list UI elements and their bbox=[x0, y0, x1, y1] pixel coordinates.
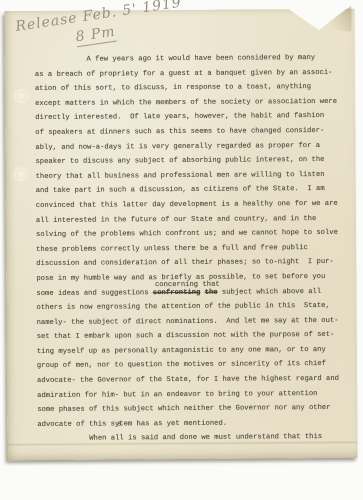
typed-text-segment: all interested in the future of our Stat… bbox=[36, 215, 316, 225]
handwritten-release-note: Release Feb. 5' 1919 8 Pm bbox=[14, 0, 188, 56]
typed-text-segment: others is now engrossing the attention o… bbox=[36, 302, 329, 312]
typed-text-segment: set that I embark upon such a discussion… bbox=[37, 331, 335, 341]
typed-line: some phases of this subject which neithe… bbox=[37, 401, 349, 418]
typed-text-segment: directly interested. Of late years, howe… bbox=[35, 112, 324, 122]
typed-text-body: A few years ago it would have been consi… bbox=[35, 51, 350, 447]
punch-hole-top bbox=[16, 91, 27, 101]
typed-text-segment: discussion and consideration of all thei… bbox=[36, 258, 334, 268]
typed-text-segment: convinced that this latter day developme… bbox=[36, 200, 338, 210]
typed-text-segment: subject which above all bbox=[218, 288, 322, 297]
handwritten-release-time: 8 Pm bbox=[75, 24, 117, 48]
typed-text-segment: speaker to discuss any subject of absorb… bbox=[35, 156, 324, 166]
typed-text-segment: some phases of this subject which neithe… bbox=[37, 404, 330, 414]
typed-text-segment: theory that all business and professiona… bbox=[36, 171, 325, 181]
typed-line: of speakers at dinners such as this seem… bbox=[35, 124, 347, 141]
typed-text-segment: except matters in which the members of t… bbox=[35, 98, 337, 108]
typed-line: When all is said and done we must unders… bbox=[37, 430, 349, 447]
typed-text-segment: these problems correctly unless there be… bbox=[36, 244, 308, 254]
typed-text-segment: some ideas and suggestions bbox=[36, 289, 153, 298]
typed-line: convinced that this latter day developme… bbox=[36, 197, 348, 214]
typed-text-segment: advocate- the Governor of the State, for… bbox=[37, 375, 339, 385]
typed-text-segment: as a breach of propriety for a guest at … bbox=[35, 69, 333, 79]
typed-text-segment: group of men, nor to question the motive… bbox=[37, 360, 326, 370]
typed-text-segment: ably, and now-a-days it is very generall… bbox=[35, 142, 320, 152]
typed-text-segment: advocate of this sy bbox=[37, 420, 119, 429]
typed-text-segment: solving of the problems which confront u… bbox=[36, 229, 338, 239]
typed-text-segment: and take part in such a discussion, as c… bbox=[36, 185, 325, 195]
typed-text-segment: admiration for him- but in an endeavor t… bbox=[37, 390, 317, 400]
correction-text-above: concerning bbox=[155, 278, 198, 293]
typed-text-segment: A few years ago it would have been consi… bbox=[35, 54, 315, 64]
interlinear-correction: concerningconfronting bbox=[153, 285, 201, 300]
correction-text-above: s bbox=[117, 417, 121, 432]
typed-text-segment: ting myself up as personally antagonisti… bbox=[37, 346, 326, 356]
typed-text-segment: namely- the subject of direct nomination… bbox=[37, 317, 339, 327]
typed-text-segment: of speakers at dinners such as this seem… bbox=[35, 127, 324, 137]
typed-text-segment: When all is said and done we must unders… bbox=[37, 433, 322, 443]
interlinear-correction: thatthe bbox=[205, 285, 218, 300]
typed-text-segment: tem has as yet mentioned. bbox=[119, 420, 227, 429]
typed-line: A few years ago it would have been consi… bbox=[35, 51, 347, 68]
scanned-document-page: Release Feb. 5' 1919 8 Pm A few years ag… bbox=[0, 0, 363, 500]
correction-text-above: that bbox=[202, 277, 219, 292]
typed-text-segment: ation of this sort, to discuss, in respo… bbox=[35, 83, 311, 93]
paper-sheet: Release Feb. 5' 1919 8 Pm A few years ag… bbox=[4, 9, 357, 460]
punch-hole-bottom bbox=[16, 169, 27, 179]
